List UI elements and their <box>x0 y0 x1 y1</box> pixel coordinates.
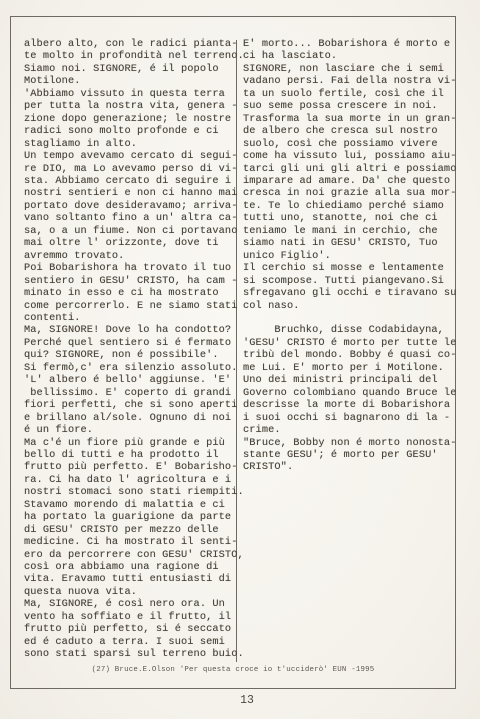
page-number: 13 <box>24 694 470 707</box>
scanned-page: albero alto, con le radici pianta- te mo… <box>0 0 480 719</box>
column-divider <box>236 40 237 662</box>
right-column-text: E' morto... Bobarishora é morto e ci ha … <box>243 38 453 474</box>
footnote-citation: (27) Bruce.E.Olson 'Per questa croce io … <box>10 666 456 674</box>
left-column-text: albero alto, con le radici pianta- te mo… <box>24 38 232 661</box>
